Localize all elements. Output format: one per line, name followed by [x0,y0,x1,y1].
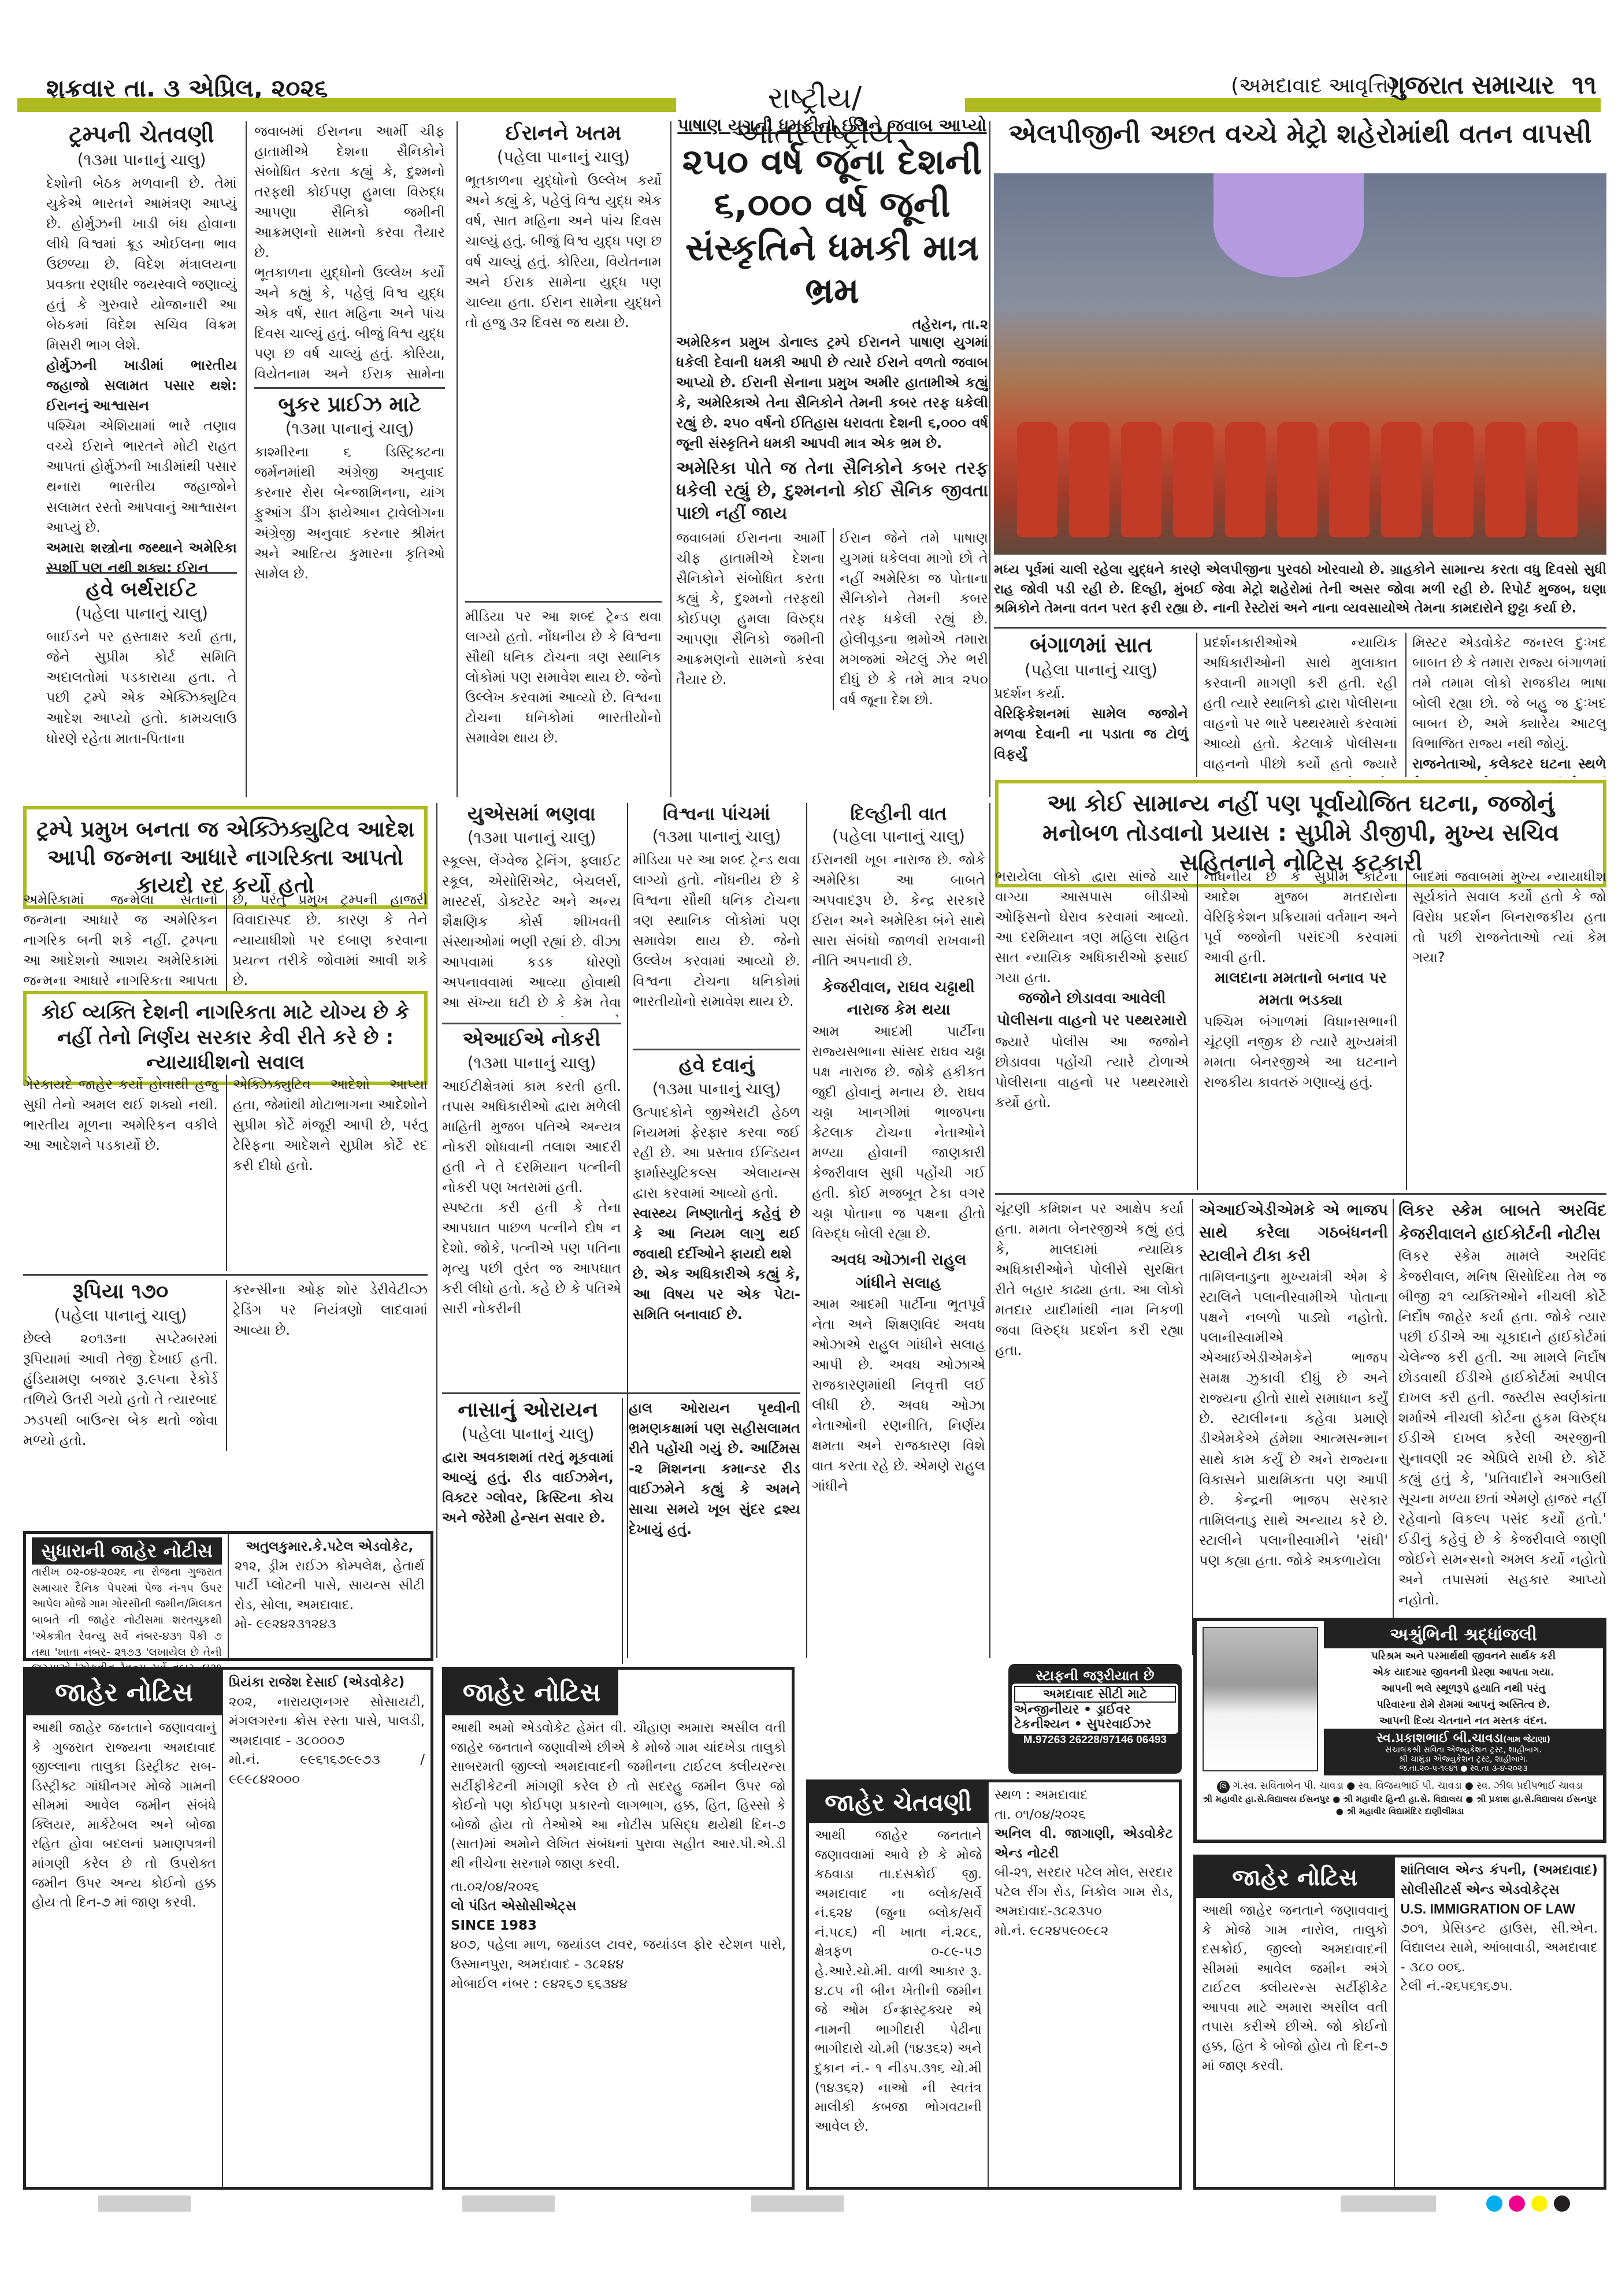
article-delhi-talk: દિલ્હીની વાત (પહેલા પાનાનું ચાલુ) ઈરાનથી… [812,803,985,1658]
article-nasa-orion: નાસાનું ઓરાયન (પહેલા પાનાનું ચાલુ) દ્વાર… [442,1398,800,1664]
article-body: છે, પરંતુ પ્રમુખ ટ્રમ્પની હાજરી વિવાદાસ્… [226,890,428,994]
article-body: સ્પષ્ટતા કરી હતી કે તેના આપઘાત પાછળ પત્ન… [442,1198,621,1319]
lpg-headline: એલપીજીની અછત વચ્ચે મેટ્રો શહેરોમાંથી વતન… [994,118,1606,149]
subsection-heading: સ્વાસ્થ્ય નિષ્ણાતોનું કહેવું છે કે આ નિય… [633,1203,800,1264]
role-technician: ટેકનીશ્યન [1014,1717,1070,1732]
article-body: દેશોની બેઠક મળવાની છે. તેમાં યુકેએ ભારતન… [46,173,237,355]
continuation-note: (પહેલા પાનાનું ચાલુ) [812,827,985,846]
photo-caption: મધ્ય પૂર્વમાં ચાલી રહેલા યુદ્ધને કારણે એ… [994,560,1606,619]
ad-jobs: સ્ટાફની જરૂરીયાત છે અમદાવાદ સીટી માટે એન… [1008,1664,1182,1774]
ad-public-notice-1: જાહેર નોટિસ આથી જાહેર જનતાને જણાવવાનું ક… [23,1667,433,2190]
ad-phone: મો.નં. ૯૮૨૪૫૯૦૯૮૨ [994,1922,1173,1941]
article-body: ભરાયેલા લોકો દ્વારા સાંજે ચાર વાગ્યા આસપ… [995,867,1189,988]
article-body: ગેરકાયદે જાહેર કર્યો હોવાથી હજુ સુધી તેન… [23,1075,218,1271]
article-body: પશ્ચિમ બંગાળમાં વિધાનસભાની ચૂંટણી નજીક છ… [1204,1012,1397,1093]
article-iran-end: ઈરાનને ખતમ (પહેલા પાનાનું ચાલુ) ભૂતકાળના… [465,121,662,601]
lead-headline: ૨૫૦ વર્ષ જૂના દેશની ૬,૦૦૦ વર્ષ જૂની સંસ્… [676,140,988,313]
masthead-logo: ગુજરાત સમાચાર [1387,70,1554,100]
deceased-role: શ્રી ચામુંડા એજ્યુકેશન ટ્રસ્ટ, શાહીબાગ. [1326,1755,1601,1764]
print-grey-bar [751,2195,844,2212]
article-us-studies: મીડિયા પર આ શબ્દ ટ્રેન્ડ થવા લાગ્યો હતો.… [465,607,662,797]
article-body: લિકર સ્કેમ મામલે અરવિંદ કેજરીવાલ, મનિષ સ… [1398,1246,1606,1611]
tribute-line: આપની ભલે સ્થૂળરૂપે હયાતિ નથી પરંતુ [1324,1681,1603,1697]
article-body: દ્વારા અવકાશમાં તરતું મૂકવામાં આવ્યું હત… [442,1447,614,1528]
role-driver: ડ્રાઈવર [1096,1703,1131,1717]
continuation-note: (પહેલા પાનાનું ચાલુ) [23,1306,218,1325]
article-rupee: રૂપિયા ૧૭૦ (પહેલા પાનાનું ચાલુ) છેલ્લે ૨… [23,1280,428,1522]
continuation-note: (પહેલા પાનાનું ચાલુ) [46,604,237,623]
cmyk-yellow-mark [1531,2195,1548,2212]
headline: એઆઈએ નોકરી [442,1028,621,1051]
subsection-heading: અમારા શસ્ત્રોના જથ્થાને અમેરિકા સ્પર્શી … [46,538,237,572]
headline: બંગાળમાં સાત [994,633,1188,658]
ad-body: આથી અમો એડવોકેટ હેમંત વી. ચૌહાણ અમારા અસ… [445,1715,792,1878]
continuation-note: (૧૩મા પાનાનું ચાલુ) [254,419,445,439]
divider [442,1023,621,1024]
headline: ઈરાનને ખતમ [465,121,662,145]
article-body: બાદમાં જવાબમાં મુખ્ય ન્યાયાધીશ સૂર્યકાંત… [1406,867,1606,1190]
article-body: છેલ્લે ૨૦૧૩ના સપ્ટેમ્બરમાં રૂપિયામાં આવી… [23,1329,218,1450]
ad-phone: ટેલી નં.-૨૬૫૬૧૬૭૫. [1401,1977,1598,1997]
article-body: જ્યારે પોલીસ આ જજોને છોડાવવા પહોંચી ત્યા… [995,1032,1189,1113]
ad-since: SINCE 1983 [445,1916,792,1936]
article-body: ઈરાન જેને તમે પાષાણ યુગમાં ધકેલવા માગો છ… [833,528,988,710]
subsection-heading: વેરિફિકેશનમાં સામેલ જજોને મળવા દેવાની ના… [994,704,1188,764]
article-body: આઈટીક્ષેત્રમાં કામ કરતી હતી. તપાસ અધિકાર… [442,1076,621,1198]
article-body: આમ આદમી પાર્ટીના રાજ્યસભાના સાંસદ રાઘવ ચ… [812,1021,985,1244]
divider [442,1392,800,1394]
column-rule [989,121,990,797]
ad-signatory: શાંતિલાલ એન્ડ કંપની, (અમદાવાદ) સોલીસીટર્… [1401,1861,1598,1900]
article-body: સ્કૂલ્સ, લેંગ્વેજ ટ્રેનિંગ, ફ્લાઈટ સ્કૂલ… [442,851,621,1017]
article-bengal-boxed-body: ભરાયેલા લોકો દ્વારા સાંજે ચાર વાગ્યા આસપ… [995,867,1606,1190]
article-body: અમેરિકામાં જન્મેલા સંતાનો જન્મના આધારે જ… [23,890,218,994]
lead-story: પાષાણ યુગની ધમકીનો ઈરાને જવાબ આપ્યો ૨૫૦ … [676,116,988,797]
continuation-note: (૧૩મા પાનાનું ચાલુ) [633,1079,800,1099]
article-exec-order-body: અમેરિકામાં જન્મેલા સંતાનો જન્મના આધારે જ… [23,890,428,994]
tribute-line: એક યાદગાર જીવનની પ્રેરણા આપતા ગયા. [1324,1665,1603,1681]
ad-date: તા.૦૨/૦૪/૨૦૨૬ [445,1878,792,1897]
cylinder-shape [1121,422,1161,537]
divider [254,387,445,389]
article-body: મિસ્ટર એડવોકેટ જનરલ દુઃખદ બાબત છે કે તમા… [1412,633,1606,754]
continuation-note: (૧૩મા પાનાનું ચાલુ) [442,1053,621,1073]
column-rule [246,121,247,797]
cylinder-shape [1069,422,1109,537]
article-body: ભૂતકાળના યુદ્ધોનો ઉલ્લેખ કર્યો અને કહ્યુ… [254,263,445,387]
headline: નાસાનું ઓરાયન [442,1398,614,1422]
ad-brand: U.S. IMMIGRATION OF LAW [1401,1900,1598,1919]
job-roles: એન્જીનીયર • ડ્રાઈવર ટેકનીશ્યન • સુપરવાઈઝ… [1014,1703,1176,1732]
ad-signatory: અનિલ વી. જાગાણી, એડવોકેટ એન્ડ નોટરી [994,1825,1173,1863]
divider [465,601,662,603]
obituary-portrait [1203,1627,1318,1771]
article-body: છે. એક અધિકારીએ કહ્યું કે, આ વિષય પર એક … [633,1264,800,1325]
subsection-heading: લિકર સ્કેમ બાબતે અરવિંદ કેજરીવાલને હાઈકો… [1398,1199,1606,1246]
cylinder-shape [1433,422,1474,537]
headline: દિલ્હીની વાત [812,803,985,824]
headline: ટ્રમ્પની ચેતવણી [46,121,237,148]
article-body: ચૂંટણી કમિશન પર આક્ષેપ કર્યા હતા. મમતા બ… [995,1199,1184,1655]
ad-correction-notice: સુધારાની જાહેર નોટીસ તારીખ ૦૨-૦૪-૨૦૨૬ ના… [23,1531,433,1661]
news-photo-lpg-cylinders [994,173,1606,555]
umbrella-shape [1213,173,1364,277]
column-rule [1393,1199,1394,1655]
ad-body: આથી જાહેર જનતાને જણાવવાનું કે મોજે ગામ ન… [1196,1898,1394,2079]
cylinder-shape [1225,422,1266,537]
article-body: જવાબમાં ઈરાનના આર્મી ચીફ હાતામીએ દેશના સ… [676,528,825,710]
headline: હવે દવાનું [633,1054,800,1077]
ad-title: સુધારાની જાહેર નોટીસ [32,1537,222,1565]
article-stalin: ચૂંટણી કમિશન પર આક્ષેપ કર્યા હતા. મમતા બ… [995,1199,1388,1655]
ad-phone: મોબાઈલ નંબર : ૯૪૨૬૭ ૬૬૩૪૪ [445,1975,792,1994]
schools-list: શ્રી મહાવીર હા.સે.વિદ્યાલય ઈસનપુર ● શ્રી… [1203,1793,1597,1818]
article-body: નોંધનીય છે કે સુપ્રીમ કોર્ટના આદેશ મુજબ … [1204,867,1397,968]
subsection-heading: એઆઈએડીએમકે એ ભાજપ સાથે કરેલા ગઠબંધનની સ્… [1199,1199,1388,1267]
headline: રૂપિયા ૧૭૦ [23,1280,218,1303]
headline: યુએસમાં ભણવા [442,803,621,826]
article-liquor-scam: લિકર સ્કેમ બાબતે અરવિંદ કેજરીવાલને હાઈકો… [1398,1199,1606,1615]
cylinder-shape [1485,422,1526,537]
cmyk-black-mark [1554,2195,1570,2212]
subsection-heading: કેજરીવાલ, રાઘવ ચઢ્ઢાથી નારાજ કેમ થયા [812,976,985,1021]
article-body: ઉત્પાદકોને જીએસટી હેઠળ નિયમમાં ફેરફાર કર… [633,1102,800,1203]
deceased-dates: જ.તા.૨૦-૫-૧૯૪૧ ● સ્વ.તા ૩-૪-૨૦૨૩ [1326,1764,1601,1773]
tribute-line: પરિશ્રમ અને પરમાર્થથી જીવનને સાર્થક કરી [1324,1648,1603,1665]
article-booker-prize: બુકર પ્રાઈઝ માટે (૧૩મા પાનાનું ચાલુ) કાશ… [254,393,445,797]
cylinder-shape [1381,422,1422,537]
ad-phone: મો- ૯૯૨૪૨૩૧૨૪૩ [235,1615,425,1634]
headline: હવે બર્થરાઈટ [46,578,237,601]
divider [633,1049,800,1050]
ad-public-notice-2: જાહેર નોટિસ આથી અમો એડવોકેટ હેમંત વી. ચૌ… [442,1667,795,2190]
ad-address: ૨૦૨, નારાયણનગર સોસાયટી, મંગલગરના ક્રોસ ર… [229,1693,425,1751]
article-body: કાશ્મીરના ૬ ડિસ્ટ્રિક્ટના જર્મનમાંથી અંગ… [254,442,445,584]
article-trump-warning: ટ્રમ્પની ચેતવણી (૧૩મા પાનાનું ચાલુ) દેશો… [46,121,237,572]
dateline: તહેરાન, તા.૨ [676,316,988,332]
continuation-note: (પહેલા પાનાનું ચાલુ) [994,660,1188,680]
article-body: બાઈડને પર હસ્તાક્ષર કર્યા હતા, જેને સુપ્… [46,627,237,748]
article-iran-continued: જવાબમાં ઈરાનના આર્મી ચીફ હાતામીએ દેશના સ… [254,121,445,387]
from-label: લિ [1217,1781,1230,1793]
column-rule [806,803,807,1658]
continuation-note: (૧૩મા પાનાનું ચાલુ) [633,827,800,846]
divider [23,1274,428,1276]
ad-date: તા. ૦૧/૦૪/૨૦૨૬ [994,1805,1173,1825]
divider [46,572,237,574]
continuation-note: (૧૩મા પાનાનું ચાલુ) [46,150,237,170]
subsection-heading: અવધ ઓઝાની રાહુલ ગાંધીને સલાહ [812,1249,985,1294]
ad-phone: M.97263 26228/97146 06493 [1012,1734,1178,1747]
lead-intro: અમેરિકન પ્રમુખ ડોનાલ્ડ ટ્રમ્પે ઈરાનને પા… [676,332,988,454]
print-grey-bar [462,2195,555,2212]
column-rule [989,803,990,1658]
divider [994,627,1606,629]
tribute-line: પરિવારના રોમે રોમમાં આપનું અસ્તિત્વ છે. [1324,1697,1603,1713]
article-world-fifth: વિશ્વના પાંચમાં (૧૩મા પાનાનું ચાલુ) મીડિ… [633,803,800,1046]
ad-address: ૪૦૭, પહેલા માળ, જયાંડલ ટાવર, જયાંડલ ફોર … [445,1935,792,1974]
article-us-studies: યુએસમાં ભણવા (૧૩મા પાનાનું ચાલુ) સ્કૂલ્સ… [442,803,621,1017]
article-body: પ્રદર્શન કર્યા. [994,683,1188,704]
tribute-line: આપની દિવ્ય ચેતનાને નત મસ્તક વંદન. [1324,1713,1603,1729]
family-names: ગં.સ્વ. સવિતાબેન પી. ચાવડા ● સ્વ. વિજયભા… [1233,1780,1583,1792]
role-engineer: એન્જીનીયર [1014,1703,1079,1717]
ad-title: સ્ટાફની જરૂરીયાત છે [1012,1667,1178,1684]
header-accent-bar-right [965,98,1601,112]
ad-signatory: પ્રિયંકા રાજેશ દેસાઈ (એડવોકેટ) [229,1673,425,1693]
article-body: ભૂતકાળના યુદ્ધોનો ઉલ્લેખ કર્યો અને કહ્યુ… [465,170,662,332]
ad-phone: મો.નં. ૯૯૬૧૬૭૯૯૭૩ / ૯૯૯૮૪૨૦૦૦ [229,1751,425,1789]
role-supervisor: સુપરવાઈઝર [1087,1717,1152,1732]
ad-address: ૭૦૧, પ્રેસિડન્ટ હાઉસ, સી.એન. વિદ્યાલય સા… [1401,1919,1598,1978]
ad-public-warning: જાહેર ચેતવણી આથી જાહેર જનતાને જણાવવામાં … [806,1779,1182,2190]
cmyk-cyan-mark [1486,2195,1502,2212]
subsection-heading: હોર્મુઝની ખાડીમાં ભારતીય જહાજો સલામત પસા… [46,355,237,416]
divider [995,1193,1606,1195]
ad-body: આથી જાહેર જનતાને જણાવવામાં આવે છે કે મોજ… [809,1823,988,2140]
ad-title: જાહેર ચેતવણી [809,1782,988,1823]
lead-subheading: અમેરિકા પોતે જ તેના સૈનિકોને કબર તરફ ધકે… [676,457,988,525]
article-citizenship-body: ગેરકાયદે જાહેર કર્યો હોવાથી હજુ સુધી તેન… [23,1075,428,1271]
subsection-heading: રાજનેતાઓ, કલેક્ટર ઘટના સ્થળે કેમ ના પહોં… [1412,754,1606,777]
column-rule [436,803,437,1658]
ad-body: આથી જાહેર જનતાને જણાવવાનું કે ગુજરાત રાજ… [26,1715,222,1916]
column-rule [457,121,458,797]
ad-address: બી-૨૧, સરદાર પટેલ મોલ, સરદાર પટેલ રીંગ ર… [994,1863,1173,1922]
ad-title: જાહેર નોટિસ [445,1670,618,1715]
lead-kicker: પાષાણ યુગની ધમકીનો ઈરાને જવાબ આપ્યો [676,116,988,136]
article-body: તામિલનાડુના મુખ્યમંત્રી એમ કે સ્ટાલિને પ… [1199,1267,1388,1570]
headline: વિશ્વના પાંચમાં [633,803,800,824]
article-birthright: હવે બર્થરાઈટ (પહેલા પાનાનું ચાલુ) બાઈડને… [46,578,237,797]
deceased-role: સંચાલકશ્રી સવિતા એજ્યુકેશન ટ્રસ્ટ, શાહીબ… [1326,1745,1601,1755]
edition-label: (અમદાવાદ આવૃત્તિ) [1231,74,1397,98]
boxed-headline-citizenship: કોઈ વ્યક્તિ દેશની નાગરિકતા માટે યોગ્ય છે… [23,991,428,1085]
cylinder-shape [1277,422,1318,537]
article-body: હાલ ઓરાયન પૃથ્વીની ભ્રમણકક્ષામાં પણ સહીસ… [622,1398,800,1664]
article-ai-jobs: એઆઈએ નોકરી (૧૩મા પાનાનું ચાલુ) આઈટીક્ષેત… [442,1028,621,1352]
article-medicines: હવે દવાનું (૧૩મા પાનાનું ચાલુ) ઉત્પાદકોન… [633,1054,800,1355]
ad-address: ૨૧૨, ડ્રીમ રાઈઝ કોમ્પલેક્ષ, હેતાર્થ પાર્… [235,1557,425,1615]
deceased-name: સ્વ.પ્રકાશભાઈ બી.ચાવડા [1376,1731,1503,1745]
cylinder-shape [1537,422,1578,537]
page-number: ૧૧ [1572,70,1597,100]
cylinder-shape [1173,422,1213,537]
article-body: કરન્સીના ઓફ શોર ડેરીવેટીવ્ઝ ટ્રેડિંગ પર … [226,1280,428,1451]
continuation-note: (પહેલા પાનાનું ચાલુ) [442,1424,614,1444]
article-body: મીડિયા પર આ શબ્દ ટ્રેન્ડ થવા લાગ્યો હતો.… [633,850,800,1012]
ad-title: જાહેર નોટિસ [1196,1857,1394,1898]
headline: બુકર પ્રાઈઝ માટે [254,393,445,417]
ad-title: અશ્રુંભિની શ્રદ્ધાંજલી [1324,1621,1603,1648]
article-body: આમ આદમી પાર્ટીના ભૂતપૂર્વ નેતા અને શિક્ષ… [812,1294,985,1496]
article-body: જવાબમાં ઈરાનના આર્મી ચીફ હાતામીએ દેશના સ… [254,121,445,263]
cylinder-shape [1017,422,1057,537]
article-body: ઈરાનથી ખૂબ નારાજ છે. જોકે અમેરિકા આ બાબત… [812,850,985,971]
cmyk-magenta-mark [1509,2195,1525,2212]
ad-public-notice-3: જાહેર નોટિસ આથી જાહેર જનતાને જણાવવાનું ક… [1193,1855,1606,2190]
deceased-village: (ગામ જેટાણા) [1503,1735,1550,1744]
cylinder-shape [1329,422,1370,537]
article-body: એક્ઝિક્યુટિવ આદેશો આપ્યા હતા, જેમાંથી મો… [226,1075,428,1271]
print-grey-bar [98,2195,191,2212]
continuation-note: (પહેલા પાનાનું ચાલુ) [465,147,662,167]
subsection-heading: જજોને છોડાવવા આવેલી પોલીસના વાહનો પર પથ્… [995,988,1189,1032]
article-body: મીડિયા પર આ શબ્દ ટ્રેન્ડ થવા લાગ્યો હતો.… [465,607,662,748]
ad-signatory: લો પંડિત એસોસીએટ્સ [445,1897,792,1916]
article-body: પ્રદર્શનકારીઓએ ન્યાયિક અધિકારીઓની સાથે મ… [1196,633,1397,777]
ad-place: સ્થળ : અમદાવાદ [994,1786,1173,1805]
article-body: પશ્ચિમ એશિયામાં ભારે તણાવ વચ્ચે ઈરાને ભા… [46,416,237,537]
header-accent-bar-left [17,98,676,112]
continuation-note: (૧૩મા પાનાનું ચાલુ) [442,828,621,848]
ad-subtitle: અમદાવાદ સીટી માટે [1014,1686,1176,1703]
ad-signatory: અતુલકુમાર.કે.પટેલ એડવોકેટ, [235,1537,425,1557]
column-rule [670,121,671,797]
ad-title: જાહેર નોટિસ [26,1670,222,1715]
article-bengal-seven: બંગાળમાં સાત (પહેલા પાનાનું ચાલુ) પ્રદર્… [994,633,1606,777]
subsection-heading: માલદાના મમતાનો બનાવ પર મમતા ભડક્યા [1204,968,1397,1012]
print-grey-bar [1341,2195,1436,2212]
ad-obituary: અશ્રુંભિની શ્રદ્ધાંજલી પરિશ્રમ અને પરમાર… [1193,1618,1606,1843]
